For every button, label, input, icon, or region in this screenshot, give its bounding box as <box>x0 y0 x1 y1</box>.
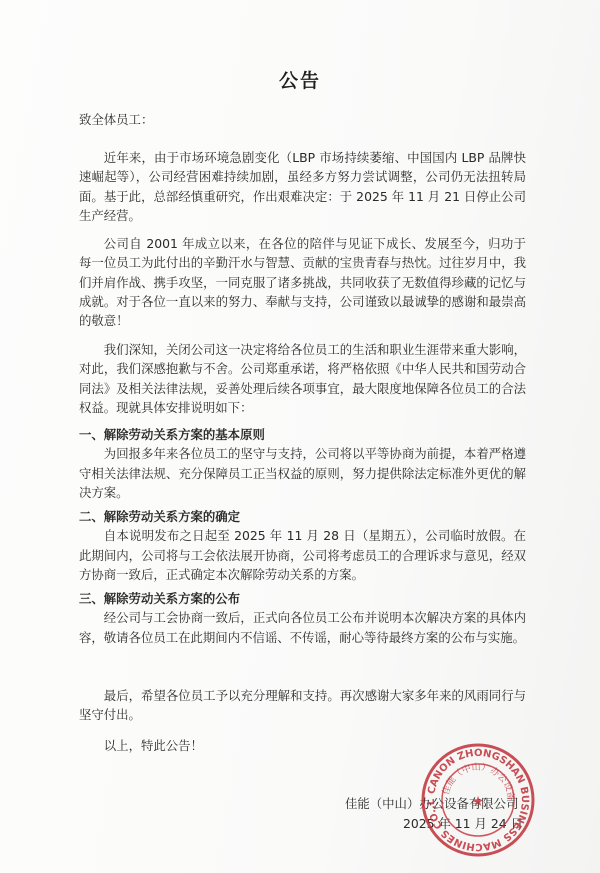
paragraph-1: 近年来，由于市场环境急剧变化（LBP 市场持续萎缩、中国国内 LBP 品牌快速崛… <box>79 148 526 225</box>
section-text: 为回报多年来各位员工的坚守与支持，公司将以平等协商为前提，本着严格遵守相关法律法… <box>79 444 526 502</box>
salutation: 致全体员工： <box>79 110 526 129</box>
paragraph-3: 我们深知，关闭公司这一决定将给各位员工的生活和职业生涯带来重大影响，对此，我们深… <box>79 340 526 417</box>
section-3: 三、解除劳动关系方案的公布 经公司与工会协商一致后，正式向各位员工公布并说明本次… <box>79 589 526 647</box>
section-heading: 二、解除劳动关系方案的确定 <box>79 507 526 526</box>
page-title: 公告 <box>0 66 600 93</box>
section-text: 经公司与工会协商一致后，正式向各位员工公布并说明本次解决方案的具体内容，敬请各位… <box>79 608 526 647</box>
paragraph-2: 公司自 2001 年成立以来，在各位的陪伴与见证下成长、发展至今，归功于每一位员… <box>79 234 526 330</box>
document-page: 公告 致全体员工： 近年来，由于市场环境急剧变化（LBP 市场持续萎缩、中国国内… <box>0 0 600 873</box>
section-1: 一、解除劳动关系方案的基本原则 为回报多年来各位员工的坚守与支持，公司将以平等协… <box>79 425 526 502</box>
section-text: 自本说明发布之日起至 2025 年 11 月 28 日（星期五），公司临时放假。… <box>79 526 526 584</box>
closing-text: 最后，希望各位员工予以充分理解和支持。再次感谢大家多年来的风雨同行与坚守付出。 <box>79 686 526 725</box>
section-2: 二、解除劳动关系方案的确定 自本说明发布之日起至 2025 年 11 月 28 … <box>79 507 526 584</box>
salutation-text: 致全体员工： <box>79 110 526 129</box>
section-heading: 一、解除劳动关系方案的基本原则 <box>79 425 526 444</box>
company-seal-icon: CANON ZHONGSHAN BUSINESS MACHINES CO.,LT… <box>420 742 536 858</box>
paragraph-text: 公司自 2001 年成立以来，在各位的陪伴与见证下成长、发展至今，归功于每一位员… <box>79 234 526 330</box>
paragraph-text: 我们深知，关闭公司这一决定将给各位员工的生活和职业生涯带来重大影响，对此，我们深… <box>79 340 526 417</box>
paragraph-text: 近年来，由于市场环境急剧变化（LBP 市场持续萎缩、中国国内 LBP 品牌快速崛… <box>79 148 526 225</box>
svg-text:★: ★ <box>472 794 485 810</box>
section-heading: 三、解除劳动关系方案的公布 <box>79 589 526 608</box>
closing-paragraph: 最后，希望各位员工予以充分理解和支持。再次感谢大家多年来的风雨同行与坚守付出。 <box>79 686 526 725</box>
